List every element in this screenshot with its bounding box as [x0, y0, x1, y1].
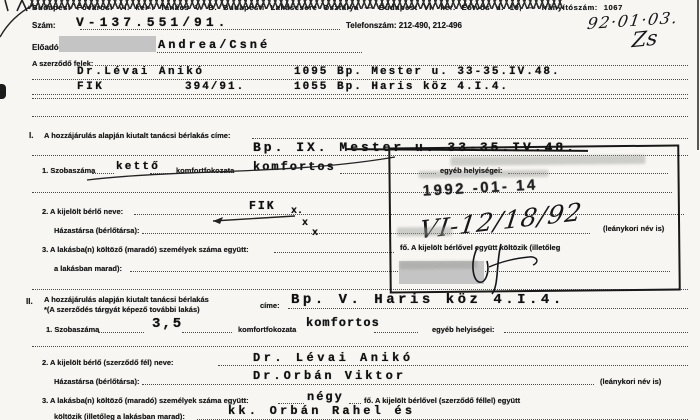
section1-address: Bp. IX. Mester u. 33-35.IV.48. — [253, 140, 577, 155]
handwritten-curve — [85, 150, 397, 184]
szam-label: Szám: — [32, 21, 56, 30]
s1-item3-label2: a lakásban marad): — [54, 264, 122, 273]
party1-address: 1095 Bp. Mester u. 33-35.IV.48. — [294, 66, 561, 78]
dotted-line — [32, 345, 688, 347]
dotted-line — [32, 97, 688, 99]
header-office-line: Budapest Fővárosi VI. ker-i Tanács V. B.… — [32, 3, 623, 12]
dotted-line — [32, 93, 688, 95]
s2-item1-label2: komfortfokozata — [238, 325, 296, 334]
section2-cime-label: címe: — [260, 301, 280, 310]
dotted-line — [142, 383, 594, 385]
s2-item1-value2: komfortos — [306, 316, 380, 330]
scanned-form-page: Budapest Fővárosi VI. ker-i Tanács V. B.… — [0, 0, 700, 420]
party1-name: Dr.Lévai Anikó — [77, 66, 204, 78]
s2-item2-spouse-value: Dr.Orbán Viktor — [253, 369, 406, 383]
dotted-line — [80, 28, 340, 30]
telefon-line: Telefonszám: 212-490, 212-496 — [346, 21, 462, 30]
s2-item2-label: 2. A kijelölt bérlő (szerződő fél) neve: — [42, 358, 174, 367]
eloado-value: Andrea/Csné — [158, 38, 270, 52]
s2-item3-label: 3. A lakásba(n) költöző (maradó) személy… — [42, 396, 249, 405]
eloado-redaction — [59, 36, 156, 52]
faint-stamp-smudge — [397, 227, 452, 237]
party2-address: 1055 Bp. Haris köz 4.I.4. — [294, 81, 509, 93]
s2-item2-spouse-label: Házastársa (bérlőtársa): — [54, 377, 139, 386]
dotted-line — [504, 331, 688, 333]
s2-item2-maiden-note: (leánykori név is) — [600, 377, 661, 386]
section2-numeral: II. — [26, 297, 33, 306]
dotted-line — [32, 78, 688, 80]
s2-item1-label3: egyéb helyiségei: — [432, 325, 495, 334]
party2-name: FIK — [77, 81, 104, 93]
handwritten-initials: Zs — [631, 26, 658, 53]
s1-item2-spouse-label: Házastársa (bérlőtársa): — [54, 226, 139, 235]
s1-item3-label: 3. A lakásba(n) költöző (maradó) személy… — [42, 245, 249, 254]
s2-item3-value2: kk. Orbán Rahel és — [228, 404, 415, 418]
section2-label-line1: A hozzájárulás alapján kiutalt tanácsi b… — [44, 295, 209, 304]
s2-item3-label2: költözik (illetőleg a lakásban marad): — [54, 412, 185, 420]
section1-numeral: I. — [29, 131, 33, 140]
s2-item1-value1: 3,5 — [152, 316, 183, 332]
dotted-line — [252, 137, 688, 139]
s2-item3-value: négy — [307, 390, 344, 404]
dotted-line — [374, 331, 418, 333]
stamp-date: 1992 -01- 14 — [422, 176, 538, 199]
scan-edge-artifact — [697, 0, 699, 150]
handwritten-arrow — [205, 210, 297, 226]
signature-scribble — [463, 236, 563, 298]
dotted-line — [157, 51, 362, 53]
s2-item1-label1: 1. Szobaszáma — [46, 325, 99, 334]
section2-label-line2: *(A szerződés tárgyát képező további lak… — [44, 305, 200, 314]
dotted-line — [182, 331, 232, 333]
party2-ref: 394/91. — [185, 81, 245, 93]
s2-item2-value: Dr. Lévai Anikó — [253, 351, 414, 365]
x-mark-2: x — [302, 218, 308, 229]
dotted-line — [288, 307, 688, 309]
eloado-label: Előadó: — [32, 43, 61, 52]
faint-stamp-smudge — [450, 155, 645, 166]
s1-item2-label: 2. A kijelölt bérlő neve: — [42, 207, 123, 216]
dotted-line — [274, 251, 394, 253]
section1-label: A hozzájárulás alapján kiutalt tanácsi b… — [44, 131, 230, 140]
s1-item1-label3: egyéb helyiségei: — [440, 166, 503, 175]
dotted-line — [32, 115, 688, 117]
telefon-label: Telefonszám: — [346, 21, 397, 30]
s1-item2-maiden-note: (leánykori név is) — [603, 224, 664, 233]
dotted-line — [98, 331, 144, 333]
scan-blob-artifact — [0, 84, 6, 99]
telefon-value: 212-490, 212-496 — [399, 21, 462, 30]
